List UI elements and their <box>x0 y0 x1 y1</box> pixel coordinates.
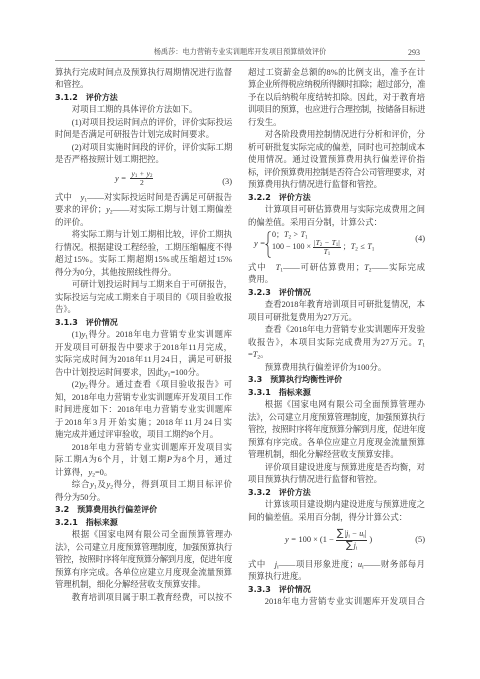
section-heading: 3.2.2评价方法 <box>248 192 425 205</box>
minus-sign: − <box>352 529 357 538</box>
body-text-line: 计算该项目建设期内建设进度与预算进度之 <box>248 499 425 512</box>
equation-4: y= 0；T2>T1 100 − 100 ×|T2−T1|T1；T2≤T1 (4… <box>248 229 425 262</box>
text-segment: 式中 <box>55 193 81 202</box>
body-text-line: 知，2018年电力营销专业实训题库开发项目工作 <box>55 392 232 405</box>
text-segment: 式中 <box>248 560 275 569</box>
math-variable: y <box>254 239 258 248</box>
body-text-line: 计算得，y2=0。 <box>55 467 232 480</box>
abs-bar: | <box>338 238 340 247</box>
summation-icon: ∑ <box>346 540 353 551</box>
section-title: 评价方法 <box>86 93 118 102</box>
paper-page: 杨禹莎：电力营销专业实训题库开发项目预算绩效评价 293 算执行完成时间点及预算… <box>0 0 480 679</box>
body-text-line: 行发生。 <box>248 117 425 130</box>
body-text-line: 预算有序完成。各单位应建立月度现金流量预算 <box>55 567 232 580</box>
text-segment: ——实际完成 <box>371 263 425 272</box>
left-column: 算执行完成时间点及预算执行周期情况进行监督 和管控。 3.1.2评价方法 对项目… <box>55 67 232 605</box>
denominator: T1 <box>313 248 341 256</box>
subscript: 1 <box>372 247 375 253</box>
denominator: 2 <box>130 179 153 188</box>
fraction: y1+y22 <box>130 170 153 188</box>
header-rule <box>55 60 425 61</box>
text-segment: 告中计划投运时间要求，因此 <box>55 368 164 377</box>
body-text-line: 开发项目可研报告中要求于2018年11月完成， <box>55 342 232 355</box>
body-text-line: 和管控。 <box>55 79 232 92</box>
section-title: 指标来源 <box>86 518 118 527</box>
plus-sign: + <box>140 169 144 178</box>
equation-body: y=y1+y22 <box>115 170 155 188</box>
denominator: ∑ji <box>336 541 368 552</box>
section-title: 预算执行均衡性评价 <box>270 375 342 384</box>
minus-sign: − <box>325 238 329 247</box>
body-text-line: 际工期A为6个月，计划工期P为8个月，通过 <box>55 454 232 467</box>
body-text-line: 式中 T1——可研估算费用；T2——实际完成 <box>248 262 425 275</box>
section-number: 3.3.3 <box>248 585 271 594</box>
body-text-line: 式中 ji——项目形象进度；ui——财务部每月 <box>248 559 425 572</box>
subscript: 1 <box>135 174 137 179</box>
body-text-line: 使用情况。通过设置预算费用执行偏差评价指 <box>248 154 425 167</box>
body-text-line: 收报告》，本项目实际完成费用为27万元。T1 <box>248 337 425 350</box>
body-text-line: (1)对项目投运时间点的评价，评价实际投运 <box>55 117 232 130</box>
case-2: 100 − 100 ×|T2−T1|T1；T2≤T1 <box>272 238 374 256</box>
body-text-line: 析可研批复实际完成的偏差，同时也可控制成本 <box>248 142 425 155</box>
body-text-line: 预算有序完成。各单位应建立月度现金流量预算 <box>248 437 425 450</box>
body-text-line: 教育培训项目属于职工教育经费，可以按不 <box>55 592 232 605</box>
body-text-line: 的评价。 <box>55 217 232 230</box>
body-text-line: 项目预算执行情况进行监督和管控。 <box>248 474 425 487</box>
section-title: 评价情况 <box>279 585 311 594</box>
subscript: 2 <box>320 243 322 248</box>
running-header: 杨禹莎：电力营销专业实训题库开发项目预算绩效评价 293 <box>55 47 425 58</box>
section-number: 3.2.3 <box>248 288 271 297</box>
body-text-line: 管控，按照时序将年度预算分解到月度，促进年度 <box>248 424 425 437</box>
section-number: 3.2 <box>55 505 69 514</box>
body-text-line: 超过15%。实际工期超期15%或压缩超过15% <box>55 254 232 267</box>
case-separator: ； <box>343 242 351 251</box>
text-segment: 收报告》，本项目实际完成费用为27万元。 <box>248 338 418 347</box>
body-text-line: 算企业所得税应纳税所得额时扣除；超过部分，准 <box>248 79 425 92</box>
summation-icon: ∑ <box>337 528 344 539</box>
body-text-line: 评价项目建设进度与预算进度是否均衡，对 <box>248 462 425 475</box>
section-heading: 3.3预算执行均衡性评价 <box>248 374 425 387</box>
body-text-line: 施完成并通过评审验收，项目工期约8个月。 <box>55 429 232 442</box>
body-text-line: 可研计划投运时间与工期来自于可研报告， <box>55 279 232 292</box>
equation-number: (4) <box>415 234 425 244</box>
subscript: 2 <box>150 174 152 179</box>
subscript: 1 <box>328 252 330 257</box>
subscript: i <box>348 534 349 540</box>
section-heading: 3.1.3评价情况 <box>55 317 232 330</box>
body-text-line: 2018年电力营销专业实训题库开发项目合 <box>248 596 425 609</box>
equation-number: (5) <box>415 535 425 545</box>
section-number: 3.1.2 <box>55 93 78 102</box>
text-segment: 综合 <box>72 480 90 489</box>
subscript: 2 <box>355 247 358 253</box>
section-number: 3.2.1 <box>55 518 78 527</box>
equation-5: y=100 × (1 −∑|ji−ui|∑ji) (5) <box>248 524 425 559</box>
body-text-line: 管理机制，细化分解经营收支预算安排。 <box>55 579 232 592</box>
section-heading: 3.3.1指标来源 <box>248 387 425 400</box>
section-number: 3.3.2 <box>248 488 271 497</box>
section-title: 预算费用执行偏差评价 <box>77 505 157 514</box>
equation-3: y=y1+y22 (3) <box>55 167 232 192</box>
section-heading: 3.1.2评价方法 <box>55 92 232 105</box>
body-text-line: 的偏差值。采用百分制，计算公式： <box>248 217 425 230</box>
body-text-line: 查看《2018年电力营销专业实训题库开发验 <box>248 324 425 337</box>
text-segment: 为6个月，计划工期 <box>88 455 167 464</box>
body-text-line: 是否严格按照计划工期把控。 <box>55 154 232 167</box>
subscript: 1 <box>422 342 425 348</box>
body-text-line: 对项目工期的具体评价方法如下。 <box>55 104 232 117</box>
text-segment: 。 <box>260 350 268 359</box>
body-text-line: 要求的评价；y2——对实际工期与计划工期偏差 <box>55 204 232 217</box>
body-text-line: 标，评价预算费用控制是否符合公司管理要求，对 <box>248 167 425 180</box>
text-segment: =0。 <box>95 468 112 477</box>
body-text-line: 查看2018年教育培训项目可研批复情况，本 <box>248 299 425 312</box>
text-segment: 际工期 <box>55 455 83 464</box>
subscript: i <box>356 545 357 551</box>
body-text-line: 训项目的预算，也应进行合理控制，按储备目标进 <box>248 104 425 117</box>
text-segment: ——对实际投运时间是否满足可研报告 <box>87 193 232 202</box>
text-segment: ——对实际工期与计划工期偏差 <box>113 205 232 214</box>
body-text-line: 得分为50分。 <box>55 492 232 505</box>
equation-prefix: 100 × (1 − <box>298 535 333 544</box>
body-text-line: 管控，按照时序将年度预算分解到月度，促进年度 <box>55 554 232 567</box>
math-variable: y <box>115 174 119 183</box>
body-text-line: 计算项目可研估算费用与实际完成费用之间 <box>248 204 425 217</box>
body-text-line: 时间是否满足可研报告计划完成时间要求。 <box>55 129 232 142</box>
fraction: ∑|ji−ui|∑ji <box>336 529 368 551</box>
less-equal-sign: ≤ <box>360 242 364 251</box>
body-text-line: (2)对项目实施时间段的评价，评价实际工期 <box>55 142 232 155</box>
section-number: 3.3.1 <box>248 388 271 397</box>
page-number: 293 <box>408 47 420 58</box>
text-segment: (1) <box>72 330 82 339</box>
section-title: 指标来源 <box>279 388 311 397</box>
text-segment: ——项目形象进度； <box>279 560 358 569</box>
body-text-line: 式中 y1——对实际投运时间是否满足可研报告 <box>55 192 232 205</box>
body-text-line: 预算执行进度。 <box>248 571 425 584</box>
math-variable: y <box>285 535 289 544</box>
left-brace-icon <box>265 231 271 258</box>
section-title: 评价方法 <box>279 193 311 202</box>
section-title: 评价情况 <box>86 318 118 327</box>
text-segment: 为8个月，通过 <box>172 455 232 464</box>
body-text-line: 对各阶段费用控制情况进行分析和评价，分 <box>248 129 425 142</box>
text-segment: 得分，得到项目工期目标评价 <box>113 480 232 489</box>
fraction: |T2−T1|T1 <box>313 239 341 256</box>
equals-sign: = <box>291 535 296 544</box>
section-heading: 3.2预算费用执行偏差评价 <box>55 504 232 517</box>
section-heading: 3.3.3评价情况 <box>248 584 425 597</box>
body-text-line: 2018年电力营销专业实训题库开发项目实 <box>55 442 232 455</box>
equation-body: y=100 × (1 −∑|ji−ui|∑ji) <box>285 529 372 551</box>
section-title: 评价方法 <box>279 488 311 497</box>
section-number: 3.1.3 <box>55 318 78 327</box>
body-text-line: 预算费用执行偏差评价为100分。 <box>248 362 425 375</box>
section-number: 3.2.2 <box>248 193 271 202</box>
body-text-line: 费用。 <box>248 274 425 287</box>
body-text-line: 告中计划投运时间要求，因此y1=100分。 <box>55 367 232 380</box>
body-text-line: 预算费用执行情况进行监督和管控。 <box>248 179 425 192</box>
body-text-line: (1)y1得分。2018年电力营销专业实训题库 <box>55 329 232 342</box>
body-text-line: 实际投运与完成工期来自于项目的《项目验收报 <box>55 292 232 305</box>
body-text-line: 项目可研批复费用为27万元。 <box>248 312 425 325</box>
running-title: 杨禹莎：电力营销专业实训题库开发项目预算绩效评价 <box>55 47 425 58</box>
body-text-line: =T2。 <box>248 349 425 362</box>
case-prefix: 100 − 100 × <box>272 242 311 251</box>
section-heading: 3.3.2评价方法 <box>248 487 425 500</box>
text-segment: 式中 <box>248 263 276 272</box>
text-segment: 得分。通过查看《项目验收报告》可 <box>88 380 232 389</box>
body-text-line: 间的偏差值。采用百分制，得分计算公式： <box>248 512 425 525</box>
equation-suffix: ) <box>369 535 372 544</box>
body-text-line: 得分为0分，其他按照线性得分。 <box>55 267 232 280</box>
text-segment: 计算得， <box>55 468 89 477</box>
body-text-line: 法》，公司建立月度预算管理制度，加强预算执行 <box>55 542 232 555</box>
body-text-line: 行情况。根据建设工程经验，工期压缩幅度不得 <box>55 242 232 255</box>
text-segment: ——财务部每月 <box>364 560 425 569</box>
text-segment: (2) <box>72 380 82 389</box>
text-segment: =100分。 <box>170 368 204 377</box>
section-title: 评价情况 <box>279 288 311 297</box>
body-text-line: 根据《国家电网有限公司全面预算管理办 <box>248 399 425 412</box>
body-text-line: 予在以后纳税年度结转扣除。因此，对于教育培 <box>248 92 425 105</box>
body-text-line: 法》，公司建立月度预算管理制度，加强预算执行 <box>248 412 425 425</box>
body-text-line: 将实际工期与计划工期相比较，评价工期执 <box>55 229 232 242</box>
body-text-line: 告》。 <box>55 304 232 317</box>
text-segment: 及 <box>97 480 107 489</box>
section-heading: 3.2.3评价情况 <box>248 287 425 300</box>
right-column: 超过工资薪金总额的8%的比例支出，准予在计 算企业所得税应纳税所得额时扣除；超过… <box>248 67 425 609</box>
section-heading: 3.2.1指标来源 <box>55 517 232 530</box>
text-segment: 得分。2018年电力营销专业实训题库 <box>88 330 232 339</box>
body-text-line: 于2018年3月开始实施；2018年11月24日实 <box>55 417 232 430</box>
body-text-line: 超过工资薪金总额的8%的比例支出，准予在计 <box>248 67 425 80</box>
text-segment: ——可研估算费用； <box>283 263 364 272</box>
equals-sign: = <box>121 174 126 183</box>
body-text-line: 管理机制，细化分解经营收支预算安排。 <box>248 449 425 462</box>
abs-bar: | <box>365 529 367 538</box>
text-segment: 要求的评价； <box>55 205 106 214</box>
equation-number: (3) <box>222 177 232 187</box>
body-text-line: (2)y2得分。通过查看《项目验收报告》可 <box>55 379 232 392</box>
body-text-line: 实际完成时间为2018年11月24日，满足可研报 <box>55 354 232 367</box>
body-text-line: 综合y1及y2得分，得到项目工期目标评价 <box>55 479 232 492</box>
body-text-line: 算执行完成时间点及预算执行周期情况进行监督 <box>55 67 232 80</box>
body-text-line: 时间进度如下：2018年电力营销专业实训题库 <box>55 404 232 417</box>
section-number: 3.3 <box>248 375 262 384</box>
body-text-line: 根据《国家电网有限公司全面预算管理办 <box>55 529 232 542</box>
